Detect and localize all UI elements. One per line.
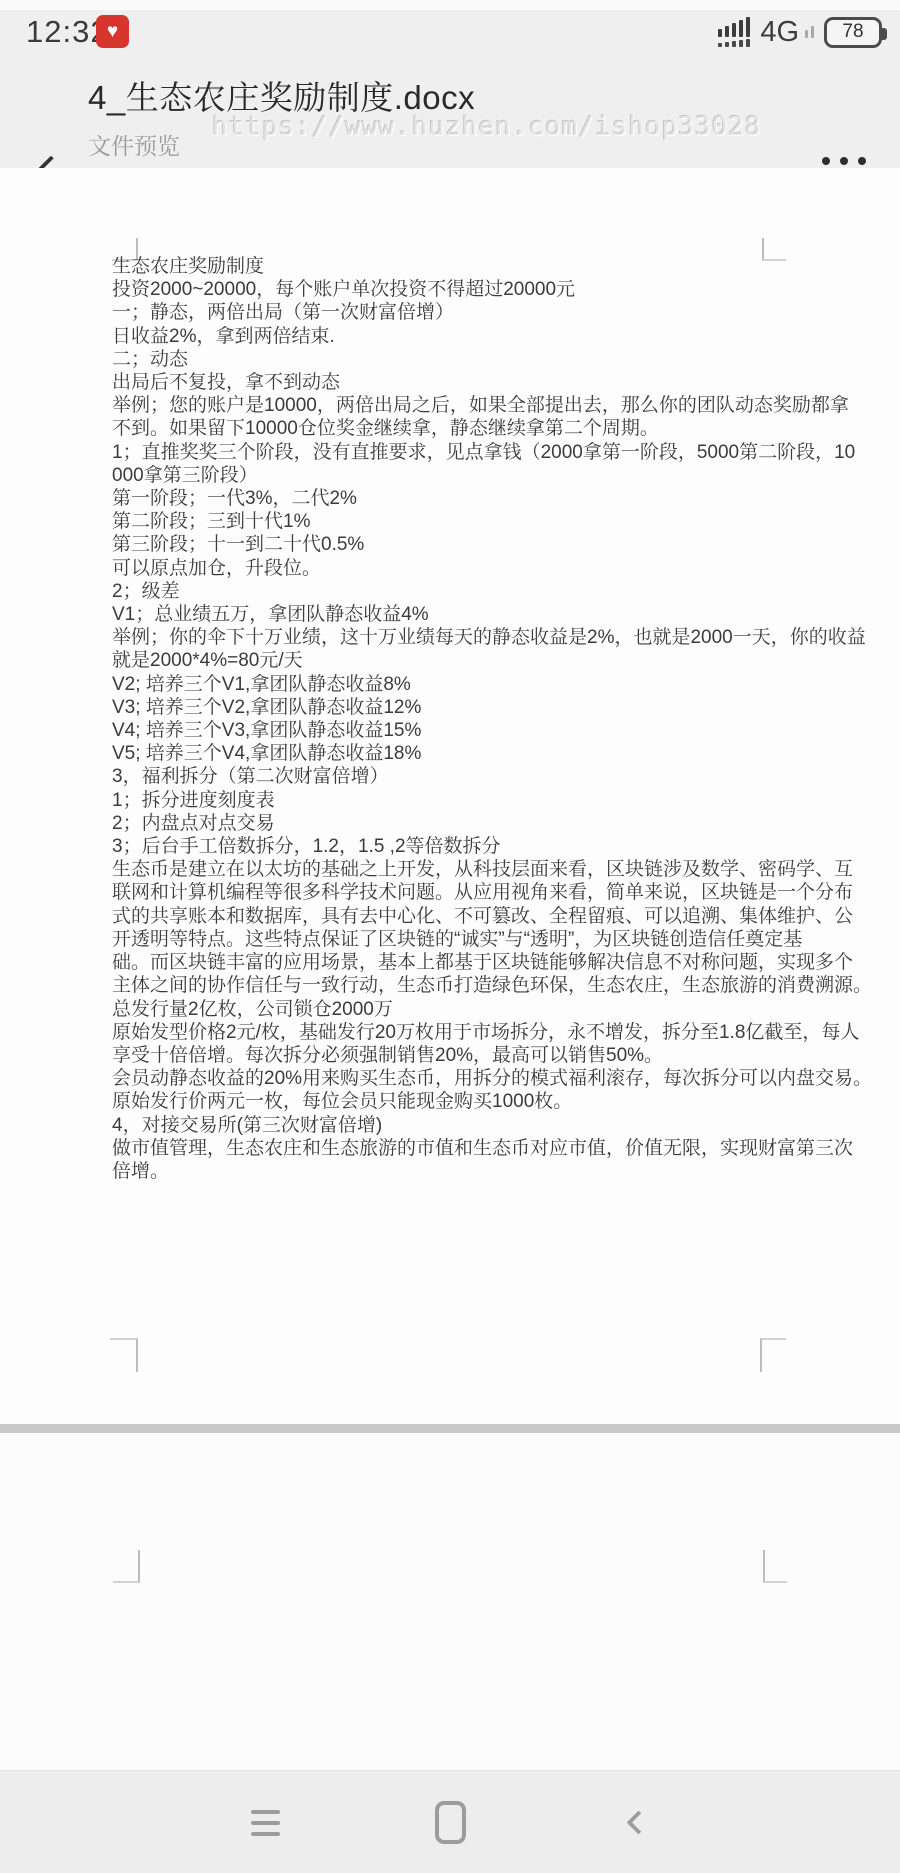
document-line: 1；拆分进度刻度表 — [112, 789, 802, 812]
document-line: 一；静态，两倍出局（第一次财富倍增） — [112, 301, 802, 324]
document-line: 第一阶段；一代3%，二代2% — [112, 487, 802, 510]
document-line: 础。而区块链丰富的应用场景，基本上都基于区块链能够解决信息不对称问题，实现多个 — [112, 951, 802, 974]
home-button[interactable] — [390, 1771, 510, 1873]
signal-strength-icon — [718, 17, 750, 47]
home-square-icon — [435, 1801, 466, 1844]
watermark-url: https://www.huzhen.com/ishop33028 — [212, 112, 762, 142]
document-line: 原始发型价格2元/枚，基础发行20万枚用于市场拆分，永不增发，拆分至1.8亿截至… — [112, 1021, 802, 1044]
document-line: 生态币是建立在以太坊的基础之上开发，从科技层面来看，区块链涉及数学、密码学、互 — [112, 858, 802, 881]
document-line: 4，对接交易所(第三次财富倍增) — [112, 1114, 802, 1137]
document-line: V5; 培养三个V4,拿团队静态收益18% — [112, 742, 802, 765]
navigation-bar — [0, 1770, 900, 1873]
chevron-left-icon — [626, 1810, 650, 1834]
dot-icon — [840, 157, 848, 165]
sim1-signal-bars — [718, 17, 750, 37]
document-line: 第二阶段；三到十代1% — [112, 510, 802, 533]
document-line: V4; 培养三个V3,拿团队静态收益15% — [112, 719, 802, 742]
document-line: 享受十倍倍增。每次拆分必须强制销售20%，最高可以销售50%。 — [112, 1044, 802, 1067]
status-indicators: 4G 78 — [718, 12, 882, 52]
heart-icon: ♥ — [107, 22, 118, 41]
data-traffic-icon — [805, 26, 814, 38]
document-line: 投资2000~20000，每个账户单次投资不得超过20000元 — [112, 278, 802, 301]
document-line: 会员动静态收益的20%用来购买生态币，用拆分的模式福利滚存，每次拆分可以内盘交易… — [112, 1067, 802, 1090]
document-line: 倍增。 — [112, 1160, 802, 1183]
document-line: V3; 培养三个V2,拿团队静态收益12% — [112, 696, 802, 719]
page1-bottom-left-boundary-mark — [110, 1338, 138, 1372]
document-line: 主体之间的协作信任与一致行动，生态币打造绿色环保，生态农庄，生态旅游的消费溯源。 — [112, 974, 802, 997]
document-line: 3，福利拆分（第二次财富倍增） — [112, 765, 802, 788]
document-line: 1；直推奖奖三个阶段，没有直推要求，见点拿钱（2000拿第一阶段，5000第二阶… — [112, 441, 802, 464]
document-line: 举例；您的账户是10000，两倍出局之后，如果全部提出去，那么你的团队动态奖励都… — [112, 394, 802, 417]
network-type-label: 4G — [760, 16, 799, 49]
phone-screen: 12:32 ♥ 4G 78 4_生态农庄奖励制度. — [0, 0, 900, 1873]
sim2-signal-bars — [718, 39, 750, 47]
more-options-button[interactable] — [822, 157, 866, 165]
document-line: 不到。如果留下10000仓位奖金继续拿，静态继续拿第二个周期。 — [112, 417, 802, 440]
document-line: 就是2000*4%=80元/天 — [112, 649, 802, 672]
document-line: 第三阶段；十一到二十代0.5% — [112, 533, 802, 556]
document-line: 开透明等特点。这些特点保证了区块链的“诚实”与“透明”，为区块链创造信任奠定基 — [112, 928, 802, 951]
document-line: 可以原点加仓，升段位。 — [112, 557, 802, 580]
battery-icon: 78 — [824, 17, 882, 48]
battery-percentage: 78 — [842, 21, 863, 43]
document-line: 做市值管理，生态农庄和生态旅游的市值和生态币对应市值，价值无限，实现财富第三次 — [112, 1137, 802, 1160]
document-line: 000拿第三阶段） — [112, 464, 802, 487]
menu-lines-icon — [251, 1810, 280, 1836]
dot-icon — [822, 157, 830, 165]
page1-bottom-right-boundary-mark — [760, 1338, 786, 1372]
document-line: V2; 培养三个V1,拿团队静态收益8% — [112, 673, 802, 696]
document-line: 式的共享账本和数据库，具有去中心化、不可篡改、全程留痕、可以追溯、集体维护、公 — [112, 905, 802, 928]
document-line: 总发行量2亿枚，公司锁仓2000万 — [112, 998, 802, 1021]
page-break-divider — [0, 1424, 900, 1433]
app-header: 4_生态农庄奖励制度.docx 文件预览 https://www.huzhen.… — [0, 62, 900, 168]
document-line: 原始发行价两元一枚，每位会员只能现金购买1000枚。 — [112, 1090, 802, 1113]
recents-button[interactable] — [205, 1771, 325, 1873]
document-line: 日收益2%，拿到两倍结束. — [112, 325, 802, 348]
document-text: 生态农庄奖励制度投资2000~20000，每个账户单次投资不得超过20000元一… — [112, 255, 802, 1183]
document-line: 3；后台手工倍数拆分，1.2，1.5 ,2等倍数拆分 — [112, 835, 802, 858]
nav-back-button[interactable] — [578, 1771, 698, 1873]
document-line: 2；内盘点对点交易 — [112, 812, 802, 835]
document-line: 二；动态 — [112, 348, 802, 371]
dot-icon — [858, 157, 866, 165]
document-line: V1；总业绩五万，拿团队静态收益4% — [112, 603, 802, 626]
document-page-2 — [0, 1433, 900, 1770]
page2-top-right-boundary-mark — [763, 1550, 787, 1583]
page2-top-left-boundary-mark — [113, 1550, 140, 1583]
notification-app-icon: ♥ — [96, 15, 129, 48]
document-line: 2；级差 — [112, 580, 802, 603]
document-line: 生态农庄奖励制度 — [112, 255, 802, 278]
document-line: 出局后不复投，拿不到动态 — [112, 371, 802, 394]
status-bar: 12:32 ♥ 4G 78 — [0, 0, 900, 62]
document-line: 举例；你的伞下十万业绩，这十万业绩每天的静态收益是2%，也就是2000一天，你的… — [112, 626, 802, 649]
document-line: 联网和计算机编程等很多科学技术问题。从应用视角来看，简单来说，区块链是一个分布 — [112, 881, 802, 904]
